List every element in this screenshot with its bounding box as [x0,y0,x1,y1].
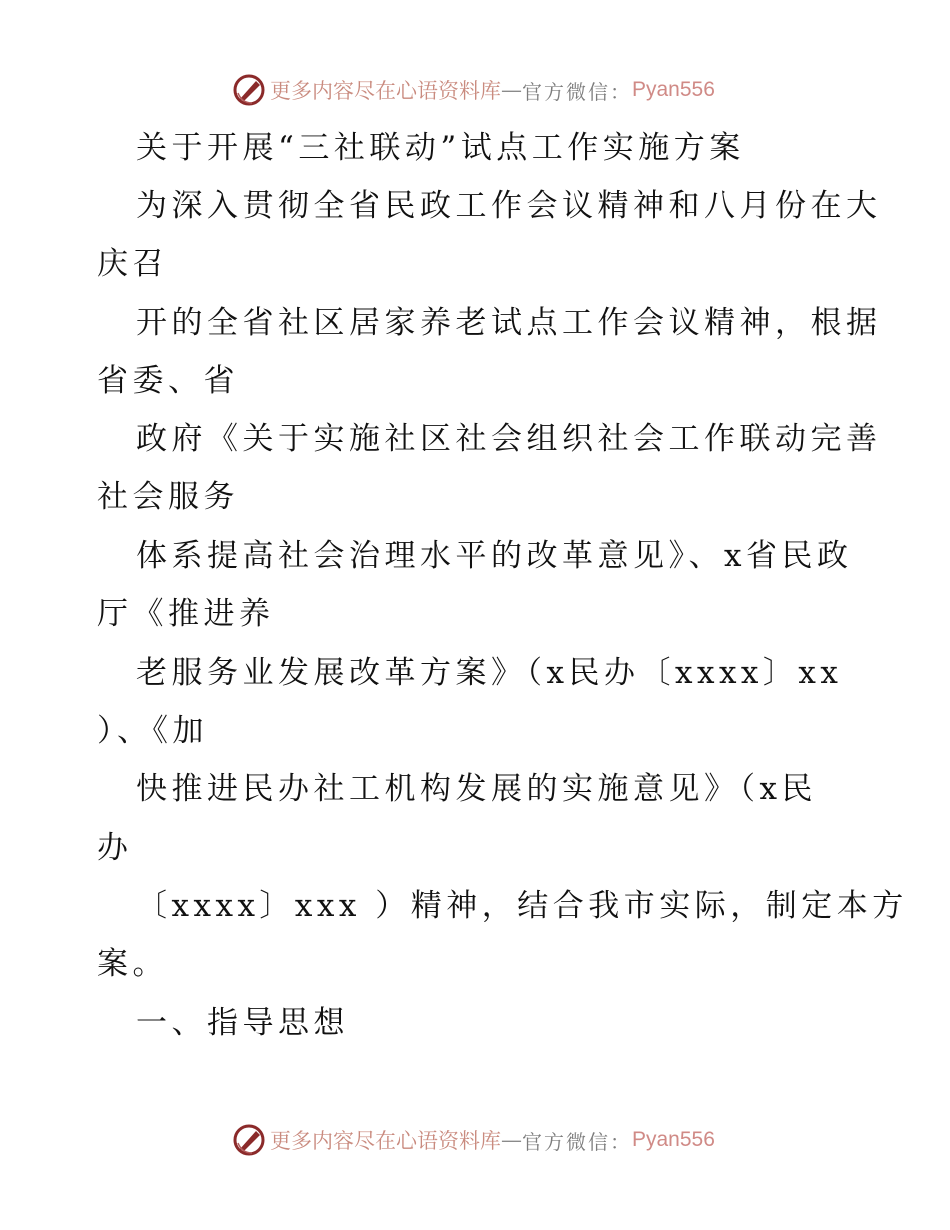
pen-nib-logo-icon [232,1123,266,1157]
paragraph-line: 厅《推进养 [97,596,275,632]
watermark-wechat-id: Pyan556 [632,78,715,102]
watermark-wechat-label: 官方微信： [522,76,632,105]
watermark-dash: — [501,78,522,102]
footer-watermark: 更多内容尽在心语资料库 — 官方微信： Pyan556 [232,1120,715,1160]
document-title: 关于开展“三社联动”试点工作实施方案 [136,130,745,166]
paragraph-line: ）、《加 [97,713,208,749]
paragraph-line: 省委、省 [97,363,239,399]
paragraph-line: 体系提高社会治理水平的改革意见》、x省民政 [136,538,852,574]
paragraph-line: 办 [97,830,133,866]
paragraph-line: 社会服务 [97,479,239,515]
paragraph-line: 快推进民办社工机构发展的实施意见》（x民 [136,771,817,807]
watermark-dash: — [501,1128,522,1152]
paragraph-line: 老服务业发展改革方案》（x民办〔xxxx〕xx [136,655,842,691]
watermark-wechat-label: 官方微信： [522,1126,632,1155]
watermark-wechat-id: Pyan556 [632,1128,715,1152]
paragraph-line: 〔xxxx〕xxx ）精神，结合我市实际，制定本方 [136,888,908,924]
watermark-main-text: 更多内容尽在心语资料库 [270,1125,501,1155]
header-watermark: 更多内容尽在心语资料库 — 官方微信： Pyan556 [232,70,715,110]
watermark-main-text: 更多内容尽在心语资料库 [270,75,501,105]
paragraph-line: 开的全省社区居家养老试点工作会议精神，根据 [136,305,882,341]
section-heading: 一、指导思想 [136,1005,349,1041]
paragraph-line: 政府《关于实施社区社会组织社会工作联动完善 [136,421,882,457]
paragraph-line: 庆召 [97,246,168,282]
pen-nib-logo-icon [232,73,266,107]
paragraph-line: 为深入贯彻全省民政工作会议精神和八月份在大 [136,188,882,224]
paragraph-line: 案。 [97,946,168,982]
